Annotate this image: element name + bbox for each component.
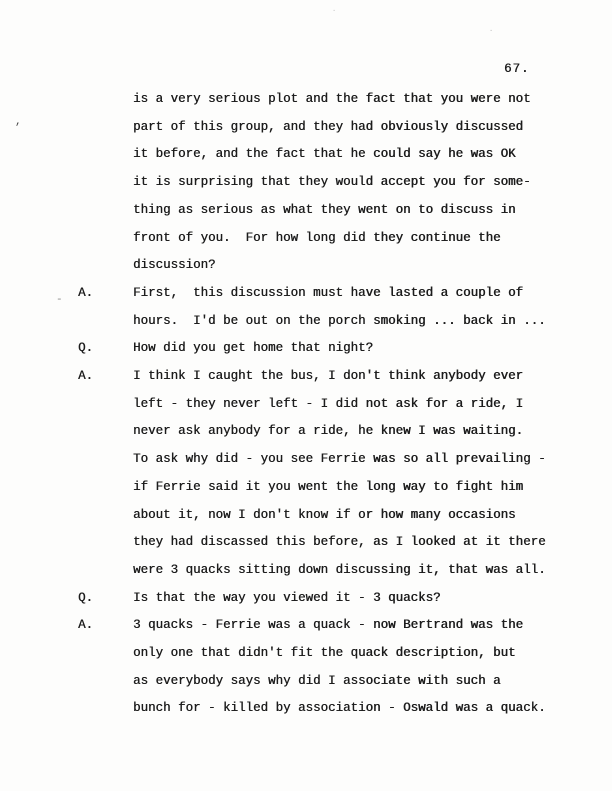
entry-body: How did you get home that night?	[133, 335, 588, 363]
transcript-line: Is that the way you viewed it - 3 quacks…	[133, 585, 588, 613]
transcript-line: front of you. For how long did they cont…	[133, 225, 588, 253]
transcript-line: To ask why did - you see Ferrie was so a…	[133, 446, 588, 474]
transcript-line: never ask anybody for a ride, he knew I …	[133, 418, 588, 446]
transcript-line: is a very serious plot and the fact that…	[133, 86, 588, 114]
transcript-line: they had discassed this before, as I loo…	[133, 529, 588, 557]
transcript-line: if Ferrie said it you went the long way …	[133, 474, 588, 502]
speaker-label: A.	[78, 612, 133, 640]
entry-body: Is that the way you viewed it - 3 quacks…	[133, 585, 588, 613]
margin-comma-mark: ,	[15, 116, 22, 128]
transcript-line: discussion?	[133, 252, 588, 280]
speaker-label: Q.	[78, 585, 133, 613]
transcript-line: thing as serious as what they went on to…	[133, 197, 588, 225]
scan-speck: .	[332, 6, 336, 14]
scanned-document-page: . . 67. , - is a very serious plot and t…	[0, 0, 612, 791]
entry-body: I think I caught the bus, I don't think …	[133, 363, 588, 585]
transcript-entry: A.First, this discussion must have laste…	[78, 280, 588, 335]
transcript-entry: A.3 quacks - Ferrie was a quack - now Be…	[78, 612, 588, 723]
transcript-line: left - they never left - I did not ask f…	[133, 391, 588, 419]
speaker-label: A.	[78, 280, 133, 308]
page-number: 67.	[504, 62, 530, 76]
transcript-line: bunch for - killed by association - Oswa…	[133, 695, 588, 723]
margin-dash-mark: -	[56, 294, 63, 306]
transcript-entry: Q.Is that the way you viewed it - 3 quac…	[78, 585, 588, 613]
transcript-line: part of this group, and they had obvious…	[133, 114, 588, 142]
transcript-entry: A.I think I caught the bus, I don't thin…	[78, 363, 588, 585]
entry-body: 3 quacks - Ferrie was a quack - now Bert…	[133, 612, 588, 723]
transcript-line: were 3 quacks sitting down discussing it…	[133, 557, 588, 585]
transcript: is a very serious plot and the fact that…	[78, 86, 588, 723]
transcript-line: it is surprising that they would accept …	[133, 169, 588, 197]
speaker-label: Q.	[78, 335, 133, 363]
scan-speck: .	[489, 26, 493, 34]
entry-body: First, this discussion must have lasted …	[133, 280, 588, 335]
transcript-entry: is a very serious plot and the fact that…	[78, 86, 588, 280]
transcript-line: about it, now I don't know if or how man…	[133, 502, 588, 530]
entry-body: is a very serious plot and the fact that…	[133, 86, 588, 280]
transcript-line: 3 quacks - Ferrie was a quack - now Bert…	[133, 612, 588, 640]
transcript-line: hours. I'd be out on the porch smoking .…	[133, 308, 588, 336]
transcript-line: only one that didn't fit the quack descr…	[133, 640, 588, 668]
transcript-line: First, this discussion must have lasted …	[133, 280, 588, 308]
transcript-line: it before, and the fact that he could sa…	[133, 141, 588, 169]
transcript-entry: Q.How did you get home that night?	[78, 335, 588, 363]
transcript-line: I think I caught the bus, I don't think …	[133, 363, 588, 391]
transcript-line: How did you get home that night?	[133, 335, 588, 363]
transcript-line: as everybody says why did I associate wi…	[133, 668, 588, 696]
speaker-label: A.	[78, 363, 133, 391]
